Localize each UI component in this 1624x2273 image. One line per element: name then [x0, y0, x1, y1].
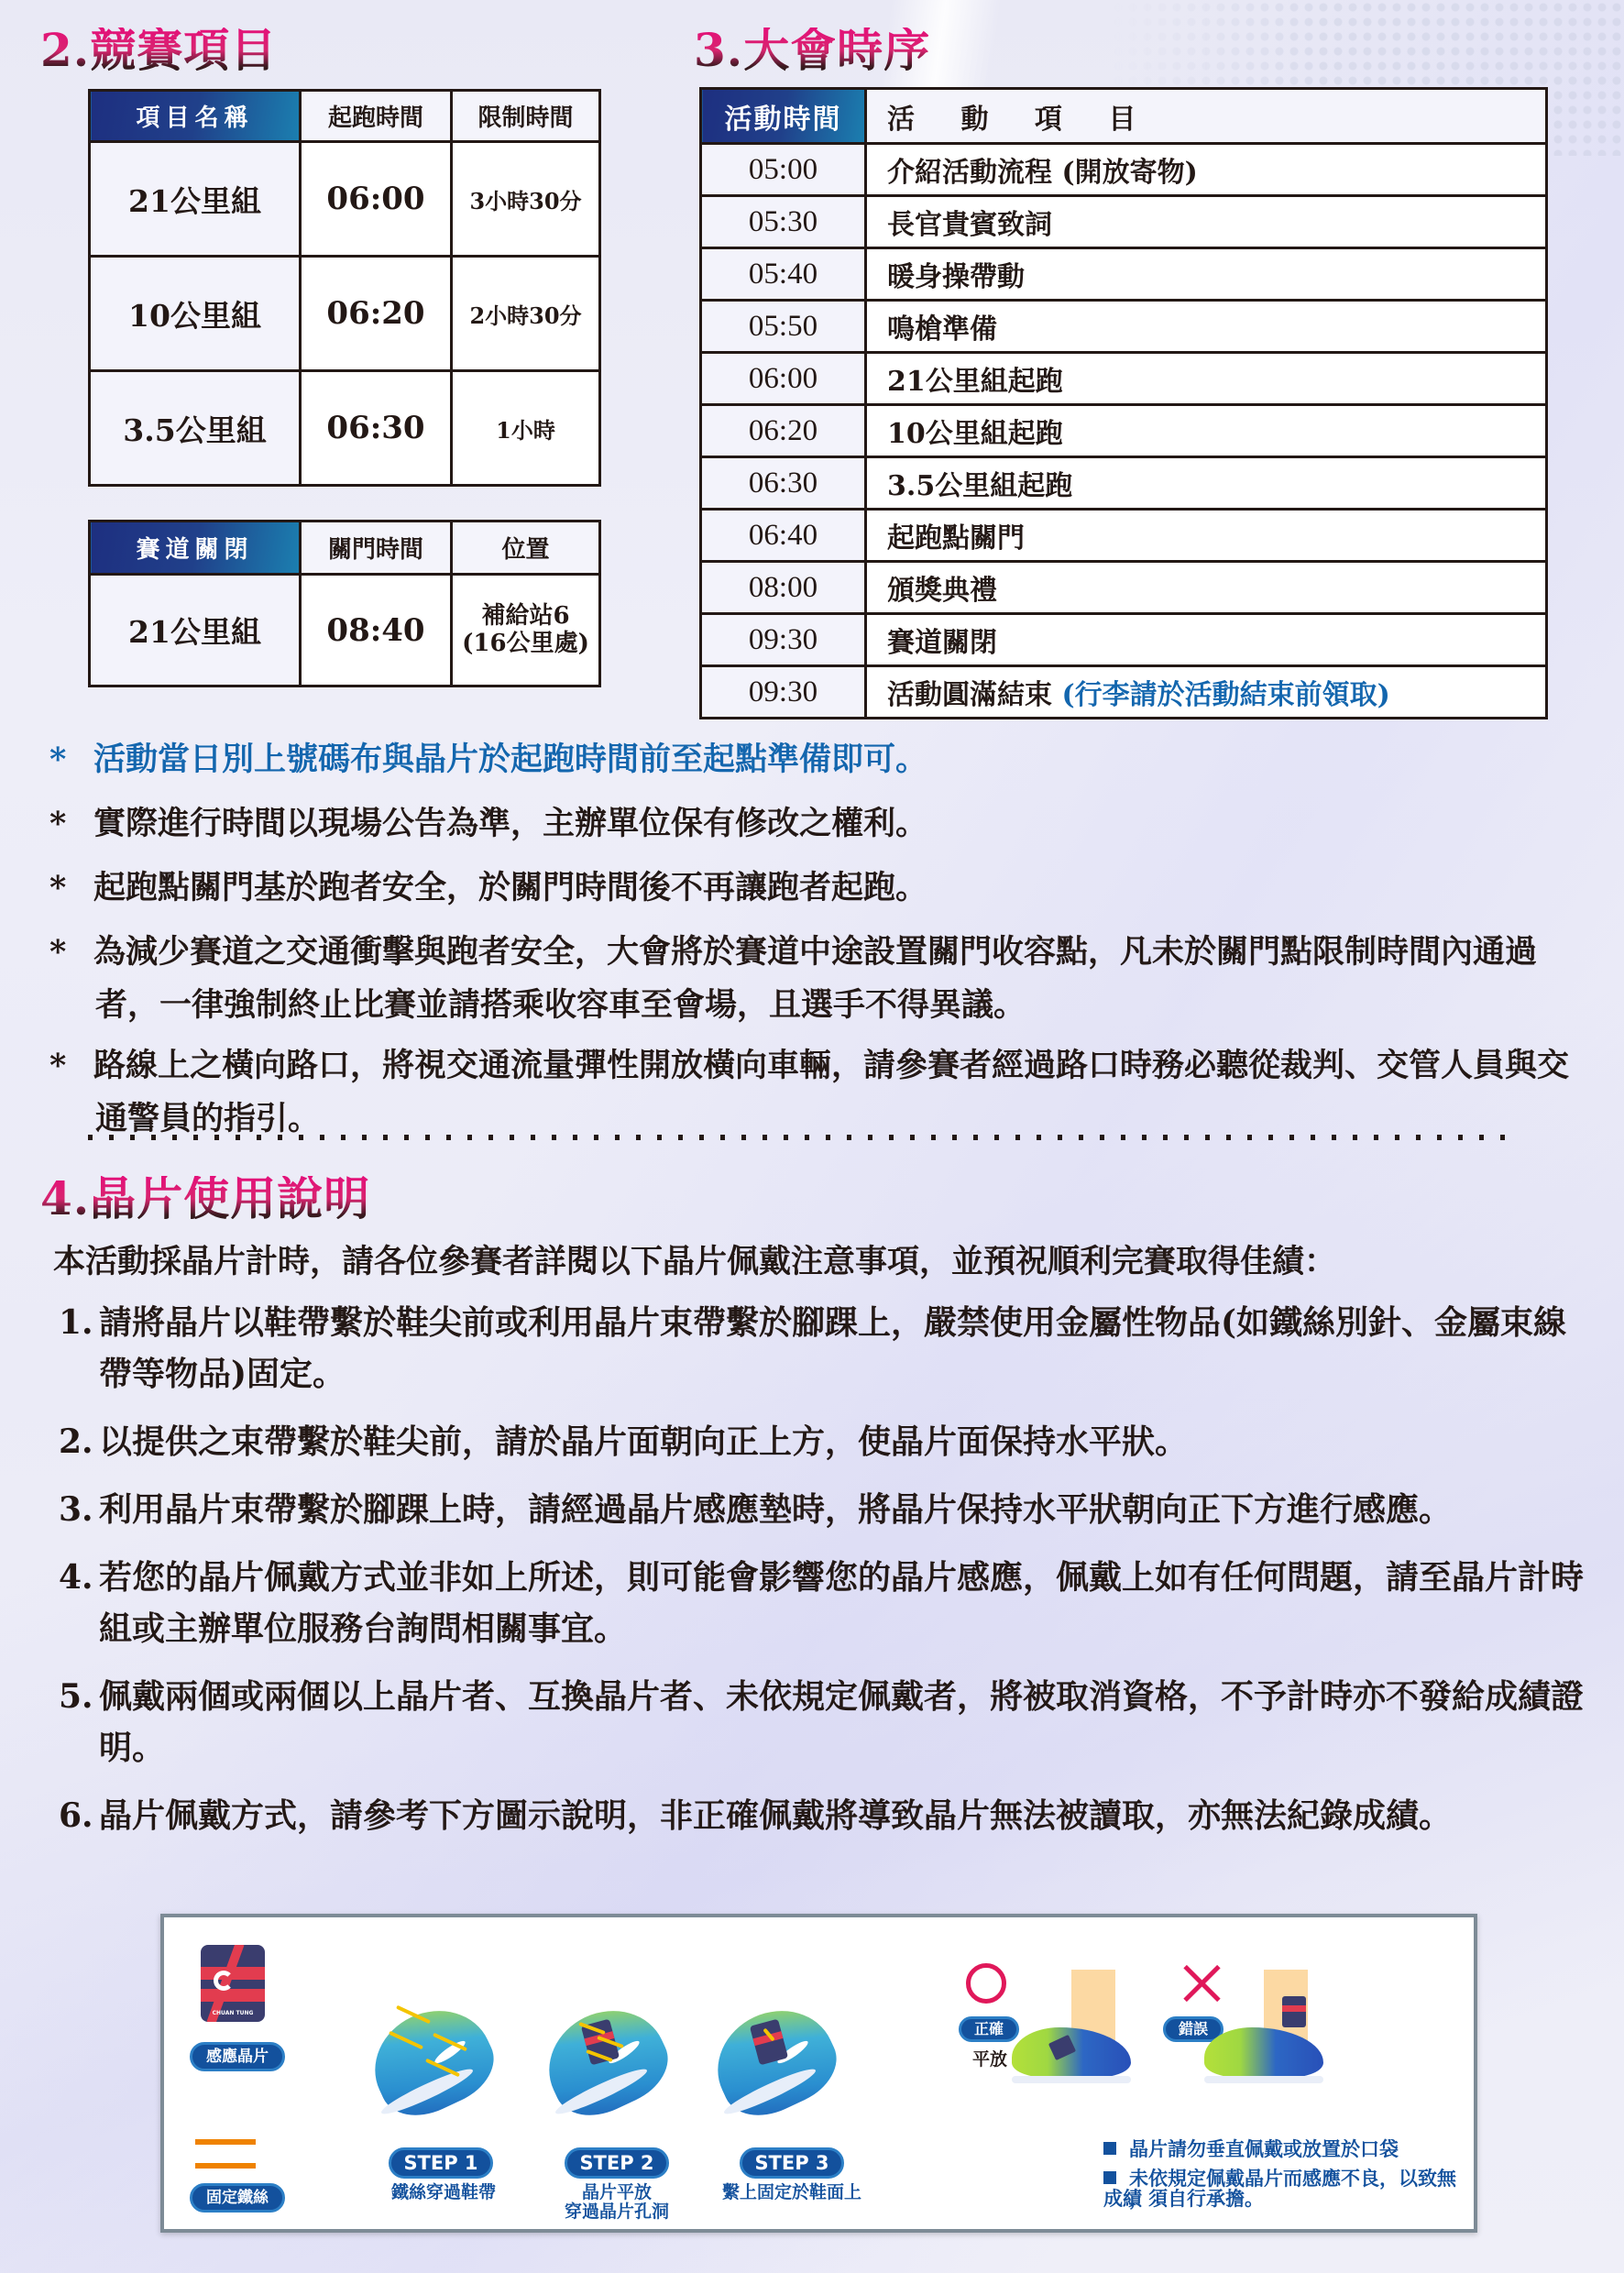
- note-text: 為減少賽道之交通衝擊與跑者安全，大會將於賽道中途設置關門收容點，凡未於關門點限制…: [93, 933, 1537, 1024]
- chip-instruction-item: 3.利用晶片束帶繫於腳踝上時，請經過晶片感應墊時，將晶片保持水平狀朝向正下方進行…: [59, 1484, 1598, 1535]
- schedule-time: 09:30: [701, 666, 866, 719]
- event-start-time: 06:00: [301, 142, 452, 257]
- asterisk-mark: *: [49, 797, 93, 851]
- closure-time: 08:40: [301, 575, 452, 686]
- note-item: *起跑點關門基於跑者安全，於關門時間後不再讓跑者起跑。: [49, 862, 1589, 915]
- chip-logo-icon: CHUAN TUNG: [201, 1945, 265, 2022]
- chip-instructions-list: 1.請將晶片以鞋帶繫於鞋尖前或利用晶片束帶繫於腳踝上，嚴禁使用金屬性物品(如鐵絲…: [59, 1297, 1598, 1858]
- note-text: 路線上之橫向路口，將視交通流量彈性開放橫向車輛，請參賽者經過路口時務必聽從裁判、…: [93, 1047, 1569, 1137]
- item-text: 晶片佩戴方式，請參考下方圖示說明，非正確佩戴將導致晶片無法被讀取，亦無法紀錄成績…: [99, 1796, 1452, 1835]
- schedule-time: 08:00: [701, 562, 866, 614]
- schedule-time: 06:20: [701, 405, 866, 457]
- chip-instruction-item: 5.佩戴兩個或兩個以上晶片者、互換晶片者、未依規定佩戴者，將被取消資格，不予計時…: [59, 1671, 1598, 1773]
- schedule-time: 05:00: [701, 144, 866, 196]
- schedule-activity: 起跑點關門: [866, 510, 1547, 562]
- event-time-limit: 2小時30分: [452, 257, 600, 371]
- legend-label-sensor-chip: 感應晶片: [190, 2042, 285, 2071]
- chip-brand-text: CHUAN TUNG: [201, 2010, 265, 2016]
- schedule-activity: 暖身操帶動: [866, 248, 1547, 301]
- event-start-time: 06:20: [301, 257, 452, 371]
- schedule-activity: 10公里組起跑: [866, 405, 1547, 457]
- table-row: 10公里組 06:20 2小時30分: [90, 257, 600, 371]
- correct-label: 正確: [959, 2016, 1019, 2042]
- legend-label-fixing-wire: 固定鐵絲: [190, 2183, 285, 2213]
- item-number: 3.: [59, 1484, 99, 1535]
- chip-intro-text: 本活動採晶片計時，請各位參賽者詳閱以下晶片佩戴注意事項，並預祝順利完賽取得佳績：: [53, 1239, 1611, 1285]
- schedule-activity: 鳴槍準備: [866, 301, 1547, 353]
- wrong-cross-icon: [1181, 1963, 1222, 2004]
- step-caption-line: 晶片平放: [543, 2183, 690, 2202]
- column-header-position: 位置: [452, 522, 600, 575]
- item-text: 以提供之束帶繫於鞋尖前，請於晶片面朝向正上方，使晶片面保持水平狀。: [99, 1422, 1188, 1461]
- note-item: *實際進行時間以現場公告為準，主辦單位保有修改之權利。: [49, 797, 1589, 851]
- shoe-step3-image: [710, 1976, 848, 2114]
- note-text: 起跑點關門基於跑者安全，於關門時間後不再讓跑者起跑。: [93, 869, 927, 906]
- table-row: 08:00 頒獎典禮: [701, 562, 1547, 614]
- schedule-table: 活動時間 活 動 項 目 05:00 介紹活動流程 (開放寄物) 05:30 長…: [699, 87, 1548, 719]
- asterisk-mark: *: [49, 1039, 93, 1093]
- section-title-events: 2.競賽項目: [40, 27, 277, 73]
- schedule-time: 05:40: [701, 248, 866, 301]
- chip-instruction-item: 1.請將晶片以鞋帶繫於鞋尖前或利用晶片束帶繫於腳踝上，嚴禁使用金屬性物品(如鐵絲…: [59, 1297, 1598, 1400]
- table-row: 06:30 3.5公里組起跑: [701, 457, 1547, 510]
- item-number: 4.: [59, 1552, 99, 1603]
- section-title-chip: 4.晶片使用說明: [40, 1176, 370, 1222]
- item-text: 若您的晶片佩戴方式並非如上所述，則可能會影響您的晶片感應，佩戴上如有任何問題，請…: [99, 1558, 1584, 1648]
- event-time-limit: 1小時: [452, 371, 600, 486]
- chip-wearing-illustration: CHUAN TUNG 感應晶片 固定鐵絲 STEP 1 鐵絲穿過鞋帶 STEP …: [160, 1914, 1477, 2233]
- column-header-start-time: 起跑時間: [301, 91, 452, 142]
- dotted-divider: [88, 1135, 1518, 1140]
- schedule-activity: 活動圓滿結束 (行李請於活動結束前領取): [866, 666, 1547, 719]
- section-title-schedule: 3.大會時序: [694, 27, 930, 73]
- table-header-row: 項目名稱 起跑時間 限制時間: [90, 91, 600, 142]
- table-row: 09:30 賽道關閉: [701, 614, 1547, 666]
- step-1-caption: 鐵絲穿過鞋帶: [370, 2183, 517, 2202]
- column-header-activity-item: 活 動 項 目: [866, 89, 1547, 144]
- correct-circle-icon: [966, 1963, 1006, 2004]
- column-header-closing-time: 關門時間: [301, 522, 452, 575]
- closure-position-station: 補給站6: [453, 603, 598, 631]
- schedule-activity: 3.5公里組起跑: [866, 457, 1547, 510]
- bullet-square-icon: [1103, 2142, 1116, 2155]
- schedule-activity-text: 活動圓滿結束: [887, 679, 1052, 711]
- step-2-badge: STEP 2: [565, 2147, 669, 2179]
- notes-list: *活動當日別上號碼布與晶片於起跑時間前至起點準備即可。 *實際進行時間以現場公告…: [49, 733, 1589, 1147]
- schedule-time: 06:30: [701, 457, 866, 510]
- item-number: 6.: [59, 1790, 99, 1841]
- chip-instruction-item: 4.若您的晶片佩戴方式並非如上所述，則可能會影響您的晶片感應，佩戴上如有任何問題…: [59, 1552, 1598, 1654]
- step-caption-line: 繫上固定於鞋面上: [709, 2183, 874, 2202]
- wire-line-icon: [195, 2139, 256, 2145]
- closure-event-name: 21公里組: [90, 575, 301, 686]
- chip-instruction-item: 6.晶片佩戴方式，請參考下方圖示說明，非正確佩戴將導致晶片無法被讀取，亦無法紀錄…: [59, 1790, 1598, 1841]
- schedule-time: 09:30: [701, 614, 866, 666]
- table-row: 06:00 21公里組起跑: [701, 353, 1547, 405]
- step-3-badge: STEP 3: [740, 2147, 844, 2179]
- chip-on-ankle-icon: [1282, 1996, 1306, 2027]
- note-text: 活動當日別上號碼布與晶片於起跑時間前至起點準備即可。: [93, 741, 927, 778]
- item-number: 5.: [59, 1671, 99, 1722]
- item-number: 1.: [59, 1297, 99, 1348]
- schedule-time: 05:50: [701, 301, 866, 353]
- closure-position-distance: (16公里處): [453, 631, 598, 658]
- column-header-time-limit: 限制時間: [452, 91, 600, 142]
- schedule-activity: 長官貴賓致詞: [866, 196, 1547, 248]
- events-table: 項目名稱 起跑時間 限制時間 21公里組 06:00 3小時30分 10公里組 …: [88, 89, 601, 487]
- table-row: 21公里組 06:00 3小時30分: [90, 142, 600, 257]
- schedule-activity: 介紹活動流程 (開放寄物): [866, 144, 1547, 196]
- table-header-row: 活動時間 活 動 項 目: [701, 89, 1547, 144]
- table-row: 21公里組 08:40 補給站6 (16公里處): [90, 575, 600, 686]
- correct-sublabel-flat: 平放: [972, 2046, 1007, 2070]
- table-row: 05:40 暖身操帶動: [701, 248, 1547, 301]
- step-caption-line: 鐵絲穿過鞋帶: [370, 2183, 517, 2202]
- step-2-caption: 晶片平放 穿過晶片孔洞: [543, 2183, 690, 2222]
- bullet-square-icon: [1103, 2171, 1116, 2184]
- table-row: 05:00 介紹活動流程 (開放寄物): [701, 144, 1547, 196]
- step-1-badge: STEP 1: [389, 2147, 493, 2179]
- chip-instruction-item: 2.以提供之束帶繫於鞋尖前，請於晶片面朝向正上方，使晶片面保持水平狀。: [59, 1416, 1598, 1467]
- column-header-event-name: 項目名稱: [90, 91, 301, 142]
- table-row: 06:20 10公里組起跑: [701, 405, 1547, 457]
- item-text: 利用晶片束帶繫於腳踝上時，請經過晶片感應墊時，將晶片保持水平狀朝向正下方進行感應…: [99, 1490, 1452, 1529]
- event-start-time: 06:30: [301, 371, 452, 486]
- asterisk-mark: *: [49, 862, 93, 915]
- course-closure-table: 賽道關閉 關門時間 位置 21公里組 08:40 補給站6 (16公里處): [88, 520, 601, 687]
- event-name: 3.5公里組: [90, 371, 301, 486]
- asterisk-mark: *: [49, 926, 93, 979]
- table-row: 06:40 起跑點關門: [701, 510, 1547, 562]
- warning-text: 晶片請勿垂直佩戴或放置於口袋: [1129, 2138, 1399, 2160]
- column-header-activity-time: 活動時間: [701, 89, 866, 144]
- table-row: 05:30 長官貴賓致詞: [701, 196, 1547, 248]
- shoe-step2-image: [542, 1976, 679, 2114]
- item-text: 請將晶片以鞋帶繫於鞋尖前或利用晶片束帶繫於腳踝上，嚴禁使用金屬性物品(如鐵絲別針…: [99, 1303, 1566, 1393]
- table-header-row: 賽道關閉 關門時間 位置: [90, 522, 600, 575]
- event-name: 21公里組: [90, 142, 301, 257]
- table-row: 05:50 鳴槍準備: [701, 301, 1547, 353]
- schedule-activity: 21公里組起跑: [866, 353, 1547, 405]
- note-item: *活動當日別上號碼布與晶片於起跑時間前至起點準備即可。: [49, 733, 1589, 786]
- schedule-activity-note: (行李請於活動結束前領取): [1061, 679, 1389, 711]
- schedule-activity: 頒獎典禮: [866, 562, 1547, 614]
- shoe-step1-image: [368, 1976, 505, 2114]
- note-text: 實際進行時間以現場公告為準，主辦單位保有修改之權利。: [93, 805, 927, 842]
- step-caption-line: 穿過晶片孔洞: [543, 2202, 690, 2222]
- schedule-activity: 賽道關閉: [866, 614, 1547, 666]
- item-number: 2.: [59, 1416, 99, 1467]
- warning-item-continuation: ，須自行承擔。: [1129, 2189, 1264, 2209]
- item-text: 佩戴兩個或兩個以上晶片者、互換晶片者、未依規定佩戴者，將被取消資格，不予計時亦不…: [99, 1677, 1584, 1767]
- event-name: 10公里組: [90, 257, 301, 371]
- column-header-course-closure: 賽道關閉: [90, 522, 301, 575]
- event-time-limit: 3小時30分: [452, 142, 600, 257]
- asterisk-mark: *: [49, 733, 93, 786]
- schedule-time: 06:00: [701, 353, 866, 405]
- step-3-caption: 繫上固定於鞋面上: [709, 2183, 874, 2202]
- warning-item: 晶片請勿垂直佩戴或放置於口袋: [1103, 2139, 1399, 2159]
- schedule-time: 05:30: [701, 196, 866, 248]
- closure-position: 補給站6 (16公里處): [452, 575, 600, 686]
- table-row: 3.5公里組 06:30 1小時: [90, 371, 600, 486]
- note-item: *為減少賽道之交通衝擊與跑者安全，大會將於賽道中途設置關門收容點，凡未於關門點限…: [49, 926, 1589, 1032]
- wire-line-icon: [195, 2163, 256, 2169]
- note-item: *路線上之橫向路口，將視交通流量彈性開放橫向車輛，請參賽者經過路口時務必聽從裁判…: [49, 1039, 1589, 1146]
- table-row: 09:30 活動圓滿結束 (行李請於活動結束前領取): [701, 666, 1547, 719]
- schedule-time: 06:40: [701, 510, 866, 562]
